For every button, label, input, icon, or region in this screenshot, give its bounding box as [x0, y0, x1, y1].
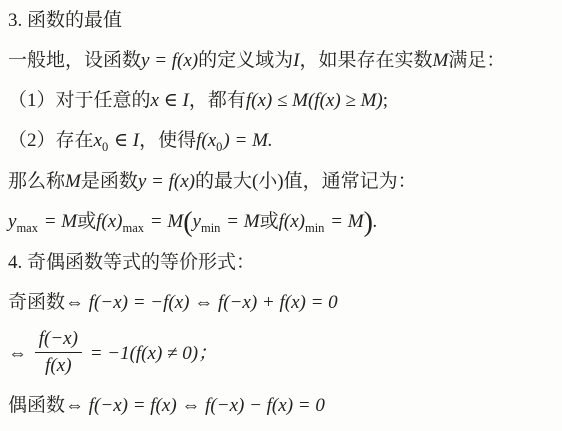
- text-run: ;: [383, 90, 388, 111]
- big-paren: (: [183, 207, 192, 238]
- subscript: min: [305, 221, 324, 235]
- subscript: max: [123, 221, 145, 235]
- line-definition-intro: 一般地，设函数y = f(x)的定义域为I，如果存在实数M满足：: [8, 48, 556, 74]
- math-run: y = f(x): [138, 171, 195, 192]
- line-even-function: 偶函数⇔ f(−x) = f(x) ⇔ f(−x) − f(x) = 0: [8, 393, 556, 419]
- big-paren: ): [364, 207, 373, 238]
- heading-section-4: 4. 奇偶函数等式的等价形式：: [8, 250, 556, 276]
- math-run: = M: [145, 211, 183, 232]
- line-conclusion: 那么称M是函数y = f(x)的最大(小)值，通常记为：: [8, 169, 556, 195]
- text-run: （2）存在: [8, 130, 94, 151]
- document-lines: 3. 函数的最值一般地，设函数y = f(x)的定义域为I，如果存在实数M满足：…: [8, 8, 556, 419]
- math-run: ⇔: [8, 343, 32, 364]
- math-run: ⇔ f(−x) = −f(x) ⇔ f(−x) + f(x) = 0: [65, 292, 338, 313]
- math-run: ) = M.: [223, 130, 272, 151]
- text-run: 3. 函数的最值: [8, 10, 122, 31]
- math-run: f(x: [196, 130, 216, 151]
- math-run: = M: [325, 211, 363, 232]
- text-run: 或: [260, 211, 279, 232]
- text-run: 的最大(小)值，通常记为：: [195, 171, 417, 192]
- subscript: 0: [102, 140, 108, 154]
- line-odd-fraction: ⇔ f(−x)f(x) = −1(f(x) ≠ 0)；: [8, 330, 556, 379]
- math-run: ∈ I: [109, 130, 139, 151]
- text-run: 偶函数: [8, 395, 65, 416]
- text-run: 一般地，设函数: [8, 50, 141, 71]
- math-run: M: [433, 50, 449, 71]
- text-run: ，都有: [189, 90, 246, 111]
- subscript: min: [201, 221, 220, 235]
- text-run: 4. 奇偶函数等式的等价形式：: [8, 252, 255, 273]
- line-condition-2: （2）存在x0 ∈ I，使得f(x0) = M.: [8, 128, 556, 155]
- math-run: x: [94, 130, 102, 151]
- subscript: max: [16, 221, 38, 235]
- text-run: 的定义域为: [198, 50, 293, 71]
- text-run: 奇函数: [8, 292, 65, 313]
- math-run: f(x): [96, 211, 122, 232]
- line-notation: ymax = M或f(x)max = M(ymin = M或f(x)min = …: [8, 209, 556, 236]
- math-run: = −1(f(x) ≠ 0)；: [85, 343, 217, 364]
- math-notes-document: 3. 函数的最值一般地，设函数y = f(x)的定义域为I，如果存在实数M满足：…: [0, 0, 562, 431]
- math-run: M: [65, 171, 81, 192]
- math-run: ⇔ f(−x) = f(x) ⇔ f(−x) − f(x) = 0: [65, 395, 325, 416]
- fraction: f(−x)f(x): [35, 328, 82, 377]
- math-run: x ∈ I: [151, 90, 189, 111]
- math-run: y: [193, 211, 201, 232]
- math-run: y = f(x): [141, 50, 198, 71]
- fraction-denominator: f(x): [35, 353, 82, 377]
- line-condition-1: （1）对于任意的x ∈ I，都有f(x) ≤ M(f(x) ≥ M);: [8, 88, 556, 114]
- text-run: 是函数: [81, 171, 138, 192]
- heading-section-3: 3. 函数的最值: [8, 8, 556, 34]
- math-run: f(x) ≤ M(f(x) ≥ M): [246, 90, 383, 111]
- math-run: = M: [221, 211, 259, 232]
- text-run: 满足：: [448, 50, 505, 71]
- text-run: （1）对于任意的: [8, 90, 151, 111]
- math-run: = M: [39, 211, 77, 232]
- math-run: f(x): [279, 211, 305, 232]
- text-run: 或: [77, 211, 96, 232]
- fraction-numerator: f(−x): [35, 328, 82, 353]
- line-odd-function: 奇函数⇔ f(−x) = −f(x) ⇔ f(−x) + f(x) = 0: [8, 290, 556, 316]
- text-run: ，使得: [139, 130, 196, 151]
- subscript: 0: [216, 140, 222, 154]
- text-run: ，如果存在实数: [299, 50, 432, 71]
- math-run: .: [373, 211, 378, 232]
- text-run: 那么称: [8, 171, 65, 192]
